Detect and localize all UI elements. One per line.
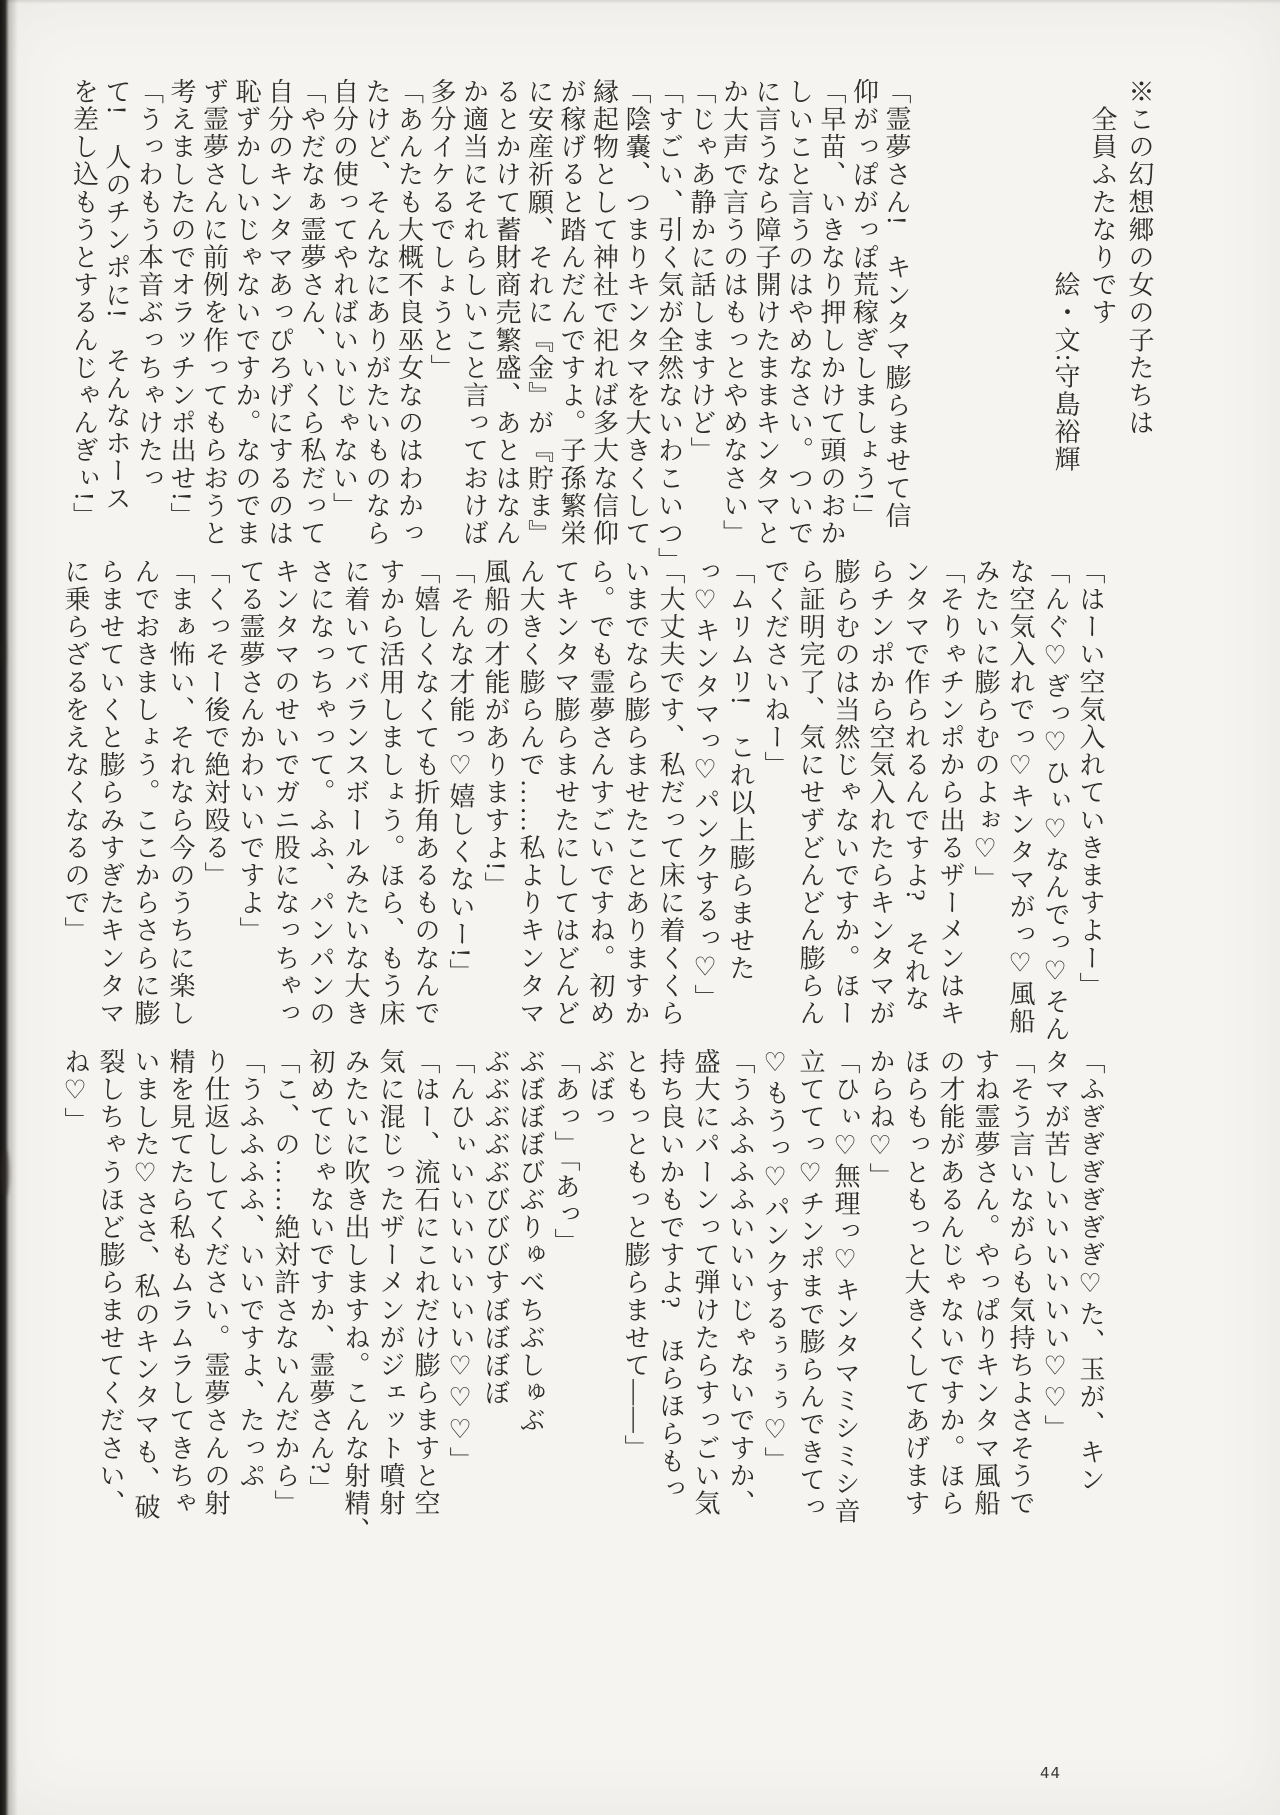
- text-column: に乗らざるをえなくなるので」: [58, 558, 93, 1018]
- text-band-bottom: 「ふぎぎぎぎぎぎ♡た、玉が、キンタマが苦しいいいいいい♡♡」「そう言いながらも気…: [58, 1048, 1108, 1508]
- text-column: 「んぐ♡ぎっ♡ひぃ♡なんでっ♡そん: [1038, 558, 1073, 1018]
- text-column: たけど、そんなにありがたいものなら: [360, 78, 393, 528]
- text-column: 「はー、流石にこれだけ膨らますと空: [408, 1048, 443, 1508]
- text-column: 「霊夢さん! キンタマ膨らませて信: [880, 78, 913, 528]
- page-number: 44: [1040, 1764, 1061, 1782]
- text-column: を差し込もうとするんじゃんぎぃ!」: [67, 78, 100, 528]
- text-column: ※この幻想郷の女の子たちは: [1121, 78, 1158, 528]
- text-column: ♡もうっ♡パンクするぅぅぅ♡」: [758, 1048, 793, 1508]
- text-column: みたいに吹き出しますね。こんな射精、: [338, 1048, 373, 1508]
- text-column: か適当にそれらしいこと言っておけば: [457, 78, 490, 528]
- text-column: 盛大にパーンって弾けたらすっごい気: [688, 1048, 723, 1508]
- text-column: ね♡」: [58, 1048, 93, 1508]
- text-column: 仰がっぽがっぽ荒稼ぎしましょう!」: [847, 78, 880, 528]
- text-column: 「うふふふふ、いいですよ、たっぷ: [233, 1048, 268, 1508]
- text-column: ともっともっと膨らませて――」: [618, 1048, 653, 1508]
- text-column: ず霊夢さんに前例を作ってもらおうと: [197, 78, 230, 528]
- text-column: らませていくと膨らみすぎたキンタマ: [93, 558, 128, 1018]
- text-column: しいこと言うのはやめなさい。ついで: [782, 78, 815, 528]
- text-column: 「じゃあ静かに話しますけど」: [685, 78, 718, 528]
- text-column: 「大丈夫です、私だって床に着くくら: [653, 558, 688, 1018]
- text-column: 「すごい、引く気が全然ないわこいつ」: [652, 78, 685, 528]
- header-credit-block: ※この幻想郷の女の子たちは 全員ふたなりです 絵・文:守島裕輝: [1047, 78, 1158, 528]
- text-column: 裂しちゃうほど膨らませてください、: [93, 1048, 128, 1508]
- text-column: 全員ふたなりです: [1084, 78, 1121, 528]
- text-column: んでおきましょう。ここからさらに膨: [128, 558, 163, 1018]
- text-column: てる霊夢さんかわいいですよ」: [233, 558, 268, 1018]
- text-column: 絵・文:守島裕輝: [1047, 78, 1084, 528]
- text-column: みたいに膨らむのよぉ♡」: [968, 558, 1003, 1018]
- text-column: 「まぁ怖い、それなら今のうちに楽し: [163, 558, 198, 1018]
- text-band-top: 「霊夢さん! キンタマ膨らませて信仰がっぽがっぽ荒稼ぎしましょう!」「早苗、いき…: [67, 78, 912, 528]
- text-column: でくださいねー」: [758, 558, 793, 1018]
- text-column: ほらもっともっと大きくしてあげます: [898, 1048, 933, 1508]
- text-column: 多分イケるでしょうと」: [425, 78, 458, 528]
- text-column: 「うふふふふいいいじゃないですか、: [723, 1048, 758, 1508]
- text-column: ら証明完了、気にせずどんどん膨らん: [793, 558, 828, 1018]
- text-column: ぶぼぼぼびぶりゅべちぶしゅぶ: [513, 1048, 548, 1508]
- text-column: 考えましたのでオラッチンポ出せ!」: [165, 78, 198, 528]
- manga-text-page: ※この幻想郷の女の子たちは 全員ふたなりです 絵・文:守島裕輝 「霊夢さん! キ…: [0, 0, 1280, 1815]
- text-column: 「陰嚢、つまりキンタマを大きくして: [620, 78, 653, 528]
- scan-binding-shadow: [0, 0, 18, 1815]
- scan-smudge: [1, 1150, 9, 1196]
- text-column: て! 人のチンポに! そんなホース: [100, 78, 133, 528]
- text-column: っ♡キンタマっ♡パンクするっ♡」: [688, 558, 723, 1018]
- text-column: 「あっ」「あっ」: [548, 1048, 583, 1508]
- text-column: ら。でも霊夢さんすごいですね。初め: [583, 558, 618, 1018]
- text-column: 「くっそー後で絶対殴る」: [198, 558, 233, 1018]
- text-column: 「そりゃチンポから出るザーメンはキ: [933, 558, 968, 1018]
- text-column: 「あんたも大概不良巫女なのはわかっ: [392, 78, 425, 528]
- text-column: 「こ、の……絶対許さないんだから」: [268, 1048, 303, 1508]
- text-column: さになっちゃって。ふふ、パンパンの: [303, 558, 338, 1018]
- text-column: 精を見てたら私もムラムラしてきちゃ: [163, 1048, 198, 1508]
- text-column: 「そんな才能っ♡嬉しくないー!」: [443, 558, 478, 1018]
- text-column: 持ち良いかもですよ? ほらほらもっ: [653, 1048, 688, 1508]
- text-column: り仕返ししてください。霊夢さんの射: [198, 1048, 233, 1508]
- text-column: な空気入れでっ♡キンタマがっ♡風船: [1003, 558, 1038, 1018]
- text-column: 恥ずかしいじゃないですか。なのでま: [230, 78, 263, 528]
- text-column: 「ひぃ♡無理っ♡キンタマミシミシ音: [828, 1048, 863, 1508]
- text-column: 「はーい空気入れていきますよー」: [1073, 558, 1108, 1018]
- text-column: いまでなら膨らませたことありますか: [618, 558, 653, 1018]
- text-column: いました♡ささ、私のキンタマも、破: [128, 1048, 163, 1508]
- text-column: 縁起物として神社で祀れば多大な信仰: [587, 78, 620, 528]
- text-column: 「んひぃいいいいいいい♡♡♡」: [443, 1048, 478, 1508]
- text-column: ん大きく膨らんで……私よりキンタマ: [513, 558, 548, 1018]
- text-column: 膨らむのは当然じゃないですか。ほー: [828, 558, 863, 1018]
- text-column: 「早苗、いきなり押しかけて頭のおか: [815, 78, 848, 528]
- text-column: 自分の使ってやればいいじゃない」: [327, 78, 360, 528]
- text-column: ぶぼっ: [583, 1048, 618, 1508]
- text-column: てキンタマ膨らませたにしてはどんど: [548, 558, 583, 1018]
- text-column: 立ててっ♡チンポまで膨らんできてっ: [793, 1048, 828, 1508]
- text-column: からね♡」: [863, 1048, 898, 1508]
- text-band-middle: 「はーい空気入れていきますよー」「んぐ♡ぎっ♡ひぃ♡なんでっ♡そんな空気入れでっ…: [58, 558, 1108, 1018]
- text-column: に言うなら障子開けたままキンタマと: [750, 78, 783, 528]
- text-column: 気に混じったザーメンがジェット噴射: [373, 1048, 408, 1508]
- text-column: 初めてじゃないですか、霊夢さん?」: [303, 1048, 338, 1508]
- text-column: か大声で言うのはもっとやめなさい」: [717, 78, 750, 528]
- text-column: の才能があるんじゃないですか。ほら: [933, 1048, 968, 1508]
- scan-smudge: [0, 640, 5, 666]
- text-column: 「嬉しくなくても折角あるものなんで: [408, 558, 443, 1018]
- text-column: らチンポから空気入れたらキンタマが: [863, 558, 898, 1018]
- text-column: に安産祈願、それに『金』が『貯ま』: [522, 78, 555, 528]
- text-column: 「うっわもう本音ぶっちゃけたっ: [132, 78, 165, 528]
- text-column: すね霊夢さん。やっぱりキンタマ風船: [968, 1048, 1003, 1508]
- text-column: 風船の才能がありますよ!」: [478, 558, 513, 1018]
- text-column: ンタマで作られるんですよ? それな: [898, 558, 933, 1018]
- text-column: が稼げると踏んだんですよ。子孫繁栄: [555, 78, 588, 528]
- text-column: 「やだなぁ霊夢さん、いくら私だって: [295, 78, 328, 528]
- text-column: キンタマのせいでガニ股になっちゃっ: [268, 558, 303, 1018]
- text-column: ぶぶぶぶぶびびびすぼぼぼぼ: [478, 1048, 513, 1508]
- text-column: すから活用しましょう。ほら、もう床: [373, 558, 408, 1018]
- text-column: 「ふぎぎぎぎぎぎ♡た、玉が、キン: [1073, 1048, 1108, 1508]
- scan-top-shadow: [0, 0, 1280, 4]
- text-column: 自分のキンタマあっぴろげにするのは: [262, 78, 295, 528]
- text-column: るとかけて蓄財商売繁盛、あとはなん: [490, 78, 523, 528]
- text-column: 「そう言いながらも気持ちよさそうで: [1003, 1048, 1038, 1508]
- text-column: 「ムリムリ! これ以上膨らませた: [723, 558, 758, 1018]
- text-column: に着いてバランスボールみたいな大き: [338, 558, 373, 1018]
- text-column: タマが苦しいいいいいい♡♡」: [1038, 1048, 1073, 1508]
